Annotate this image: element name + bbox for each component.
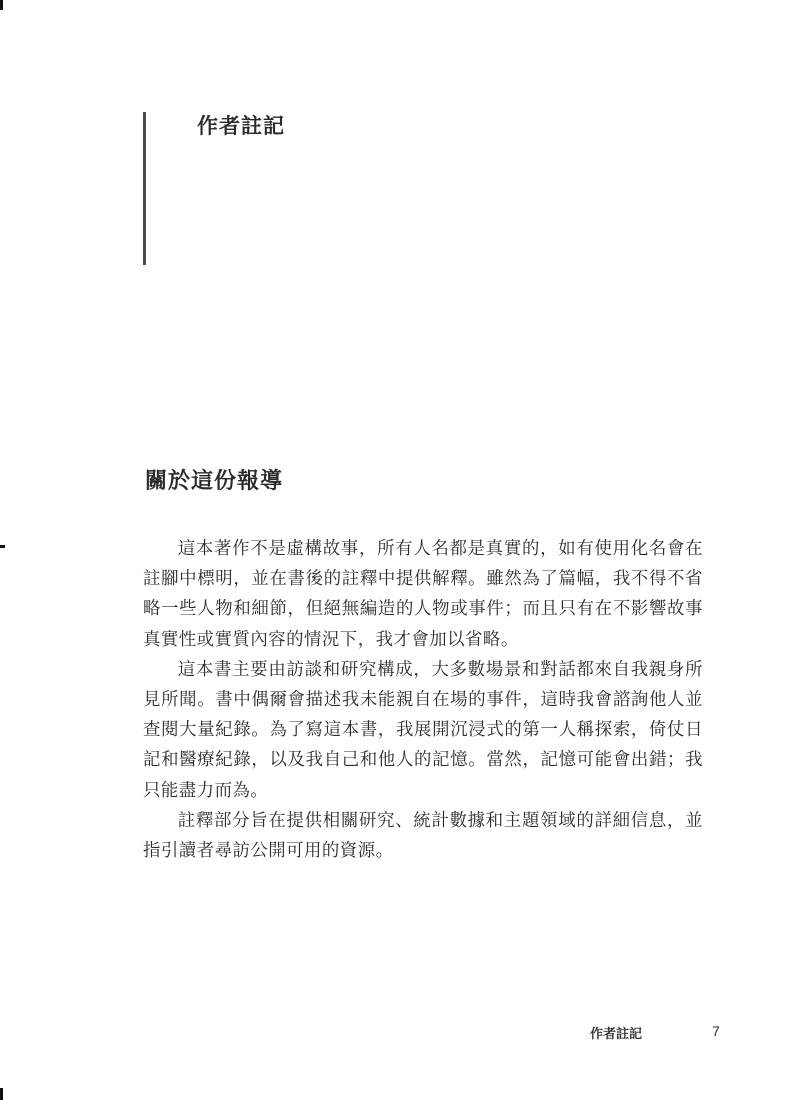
crop-mark-bottom	[0, 1088, 3, 1100]
section-title: 關於這份報導	[145, 464, 283, 495]
chapter-divider-bar	[143, 112, 146, 265]
paragraph: 這本著作不是虛構故事，所有人名都是真實的，如有使用化名會在註腳中標明，並在書後的…	[143, 534, 703, 655]
paragraph: 註釋部分旨在提供相關研究、統計數據和主題領域的詳細信息，並指引讀者尋訪公開可用的…	[143, 806, 703, 866]
body-text: 這本著作不是虛構故事，所有人名都是真實的，如有使用化名會在註腳中標明，並在書後的…	[143, 534, 703, 866]
crop-mark-middle	[0, 545, 5, 548]
running-title: 作者註記	[590, 1027, 642, 1042]
crop-mark-top	[0, 0, 3, 10]
chapter-title: 作者註記	[197, 110, 285, 140]
paragraph: 這本書主要由訪談和研究構成，大多數場景和對話都來自我親身所見所聞。書中偶爾會描述…	[143, 655, 703, 806]
page-number: 7	[712, 1023, 720, 1039]
page-footer: 作者註記 7	[590, 1023, 642, 1042]
